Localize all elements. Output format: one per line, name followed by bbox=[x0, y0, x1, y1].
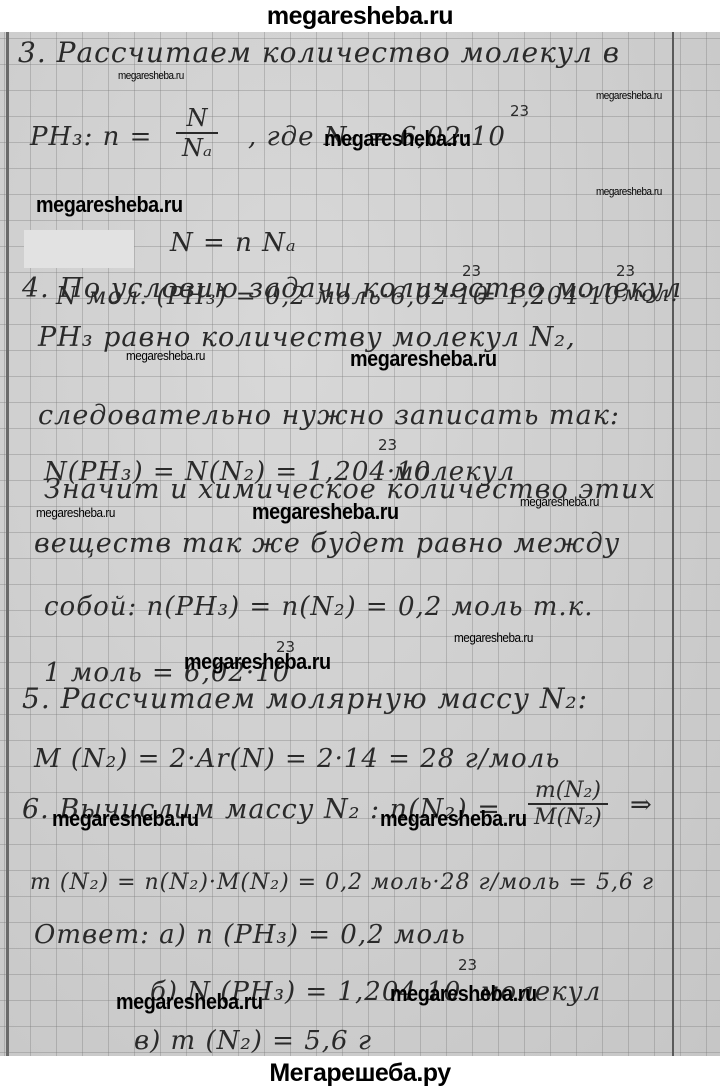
fraction-denominator: M(N₂) bbox=[528, 805, 608, 830]
watermark: megaresheba.ru bbox=[36, 192, 183, 218]
watermark: megaresheba.ru bbox=[184, 649, 331, 675]
step4-line1: 4. По условию задачи количество молекул bbox=[22, 273, 682, 304]
step5-line2: M (N₂) = 2·Ar(N) = 2·14 = 28 г/моль bbox=[34, 744, 560, 774]
site-header: megaresheba.ru bbox=[0, 0, 720, 32]
implies-arrow-icon: ⇒ bbox=[630, 790, 653, 820]
fraction-numerator: m(N₂) bbox=[528, 778, 608, 805]
watermark: megaresheba.ru bbox=[380, 806, 527, 832]
watermark: megaresheba.ru bbox=[118, 70, 184, 82]
watermark: megaresheba.ru bbox=[52, 806, 199, 832]
fraction-numerator: N bbox=[176, 104, 218, 134]
step3-title: 3. Рассчитаем количество молекул в bbox=[18, 36, 620, 69]
left-margin-line bbox=[6, 32, 9, 1056]
exponent: 23 bbox=[458, 956, 477, 974]
watermark: megaresheba.ru bbox=[454, 630, 533, 645]
watermark: megaresheba.ru bbox=[252, 499, 399, 525]
step4-line3: следовательно нужно записать так: bbox=[38, 400, 620, 431]
exponent: 23 bbox=[510, 102, 529, 120]
step5-line1: 5. Рассчитаем молярную массу N₂: bbox=[22, 682, 588, 715]
watermark: megaresheba.ru bbox=[596, 186, 662, 198]
watermark: megaresheba.ru bbox=[116, 989, 263, 1015]
step6-fraction: m(N₂) M(N₂) bbox=[528, 778, 608, 830]
step4-line6: веществ так же будет равно между bbox=[34, 528, 620, 559]
answer-c: в) m (N₂) = 5,6 г bbox=[134, 1026, 372, 1056]
notebook-page: 3. Рассчитаем количество молекул в PH₃: … bbox=[0, 32, 720, 1056]
answer-a: Ответ: а) n (PH₃) = 0,2 моль bbox=[34, 920, 466, 950]
watermark: megaresheba.ru bbox=[520, 494, 599, 509]
site-footer: Мегарешеба.ру bbox=[0, 1056, 720, 1091]
step3-relation: N = n Nₐ bbox=[170, 228, 297, 258]
fraction-denominator: Nₐ bbox=[176, 134, 218, 162]
watermark: megaresheba.ru bbox=[36, 505, 115, 520]
watermark: megaresheba.ru bbox=[390, 981, 537, 1007]
watermark: megaresheba.ru bbox=[126, 348, 205, 363]
right-margin-line bbox=[672, 32, 674, 1056]
step3-formula-lhs: PH₃: n = bbox=[30, 122, 152, 152]
correction-patch bbox=[24, 230, 134, 268]
watermark: megaresheba.ru bbox=[350, 346, 497, 372]
watermark: megaresheba.ru bbox=[596, 90, 662, 102]
step3-fraction: N Nₐ bbox=[176, 104, 218, 162]
step6-line2: m (N₂) = n(N₂)·M(N₂) = 0,2 моль·28 г/мол… bbox=[30, 870, 654, 895]
step4-line7: собой: n(PH₃) = n(N₂) = 0,2 моль т.к. bbox=[44, 592, 593, 622]
exponent: 23 bbox=[378, 436, 397, 454]
watermark: megaresheba.ru bbox=[324, 126, 471, 152]
